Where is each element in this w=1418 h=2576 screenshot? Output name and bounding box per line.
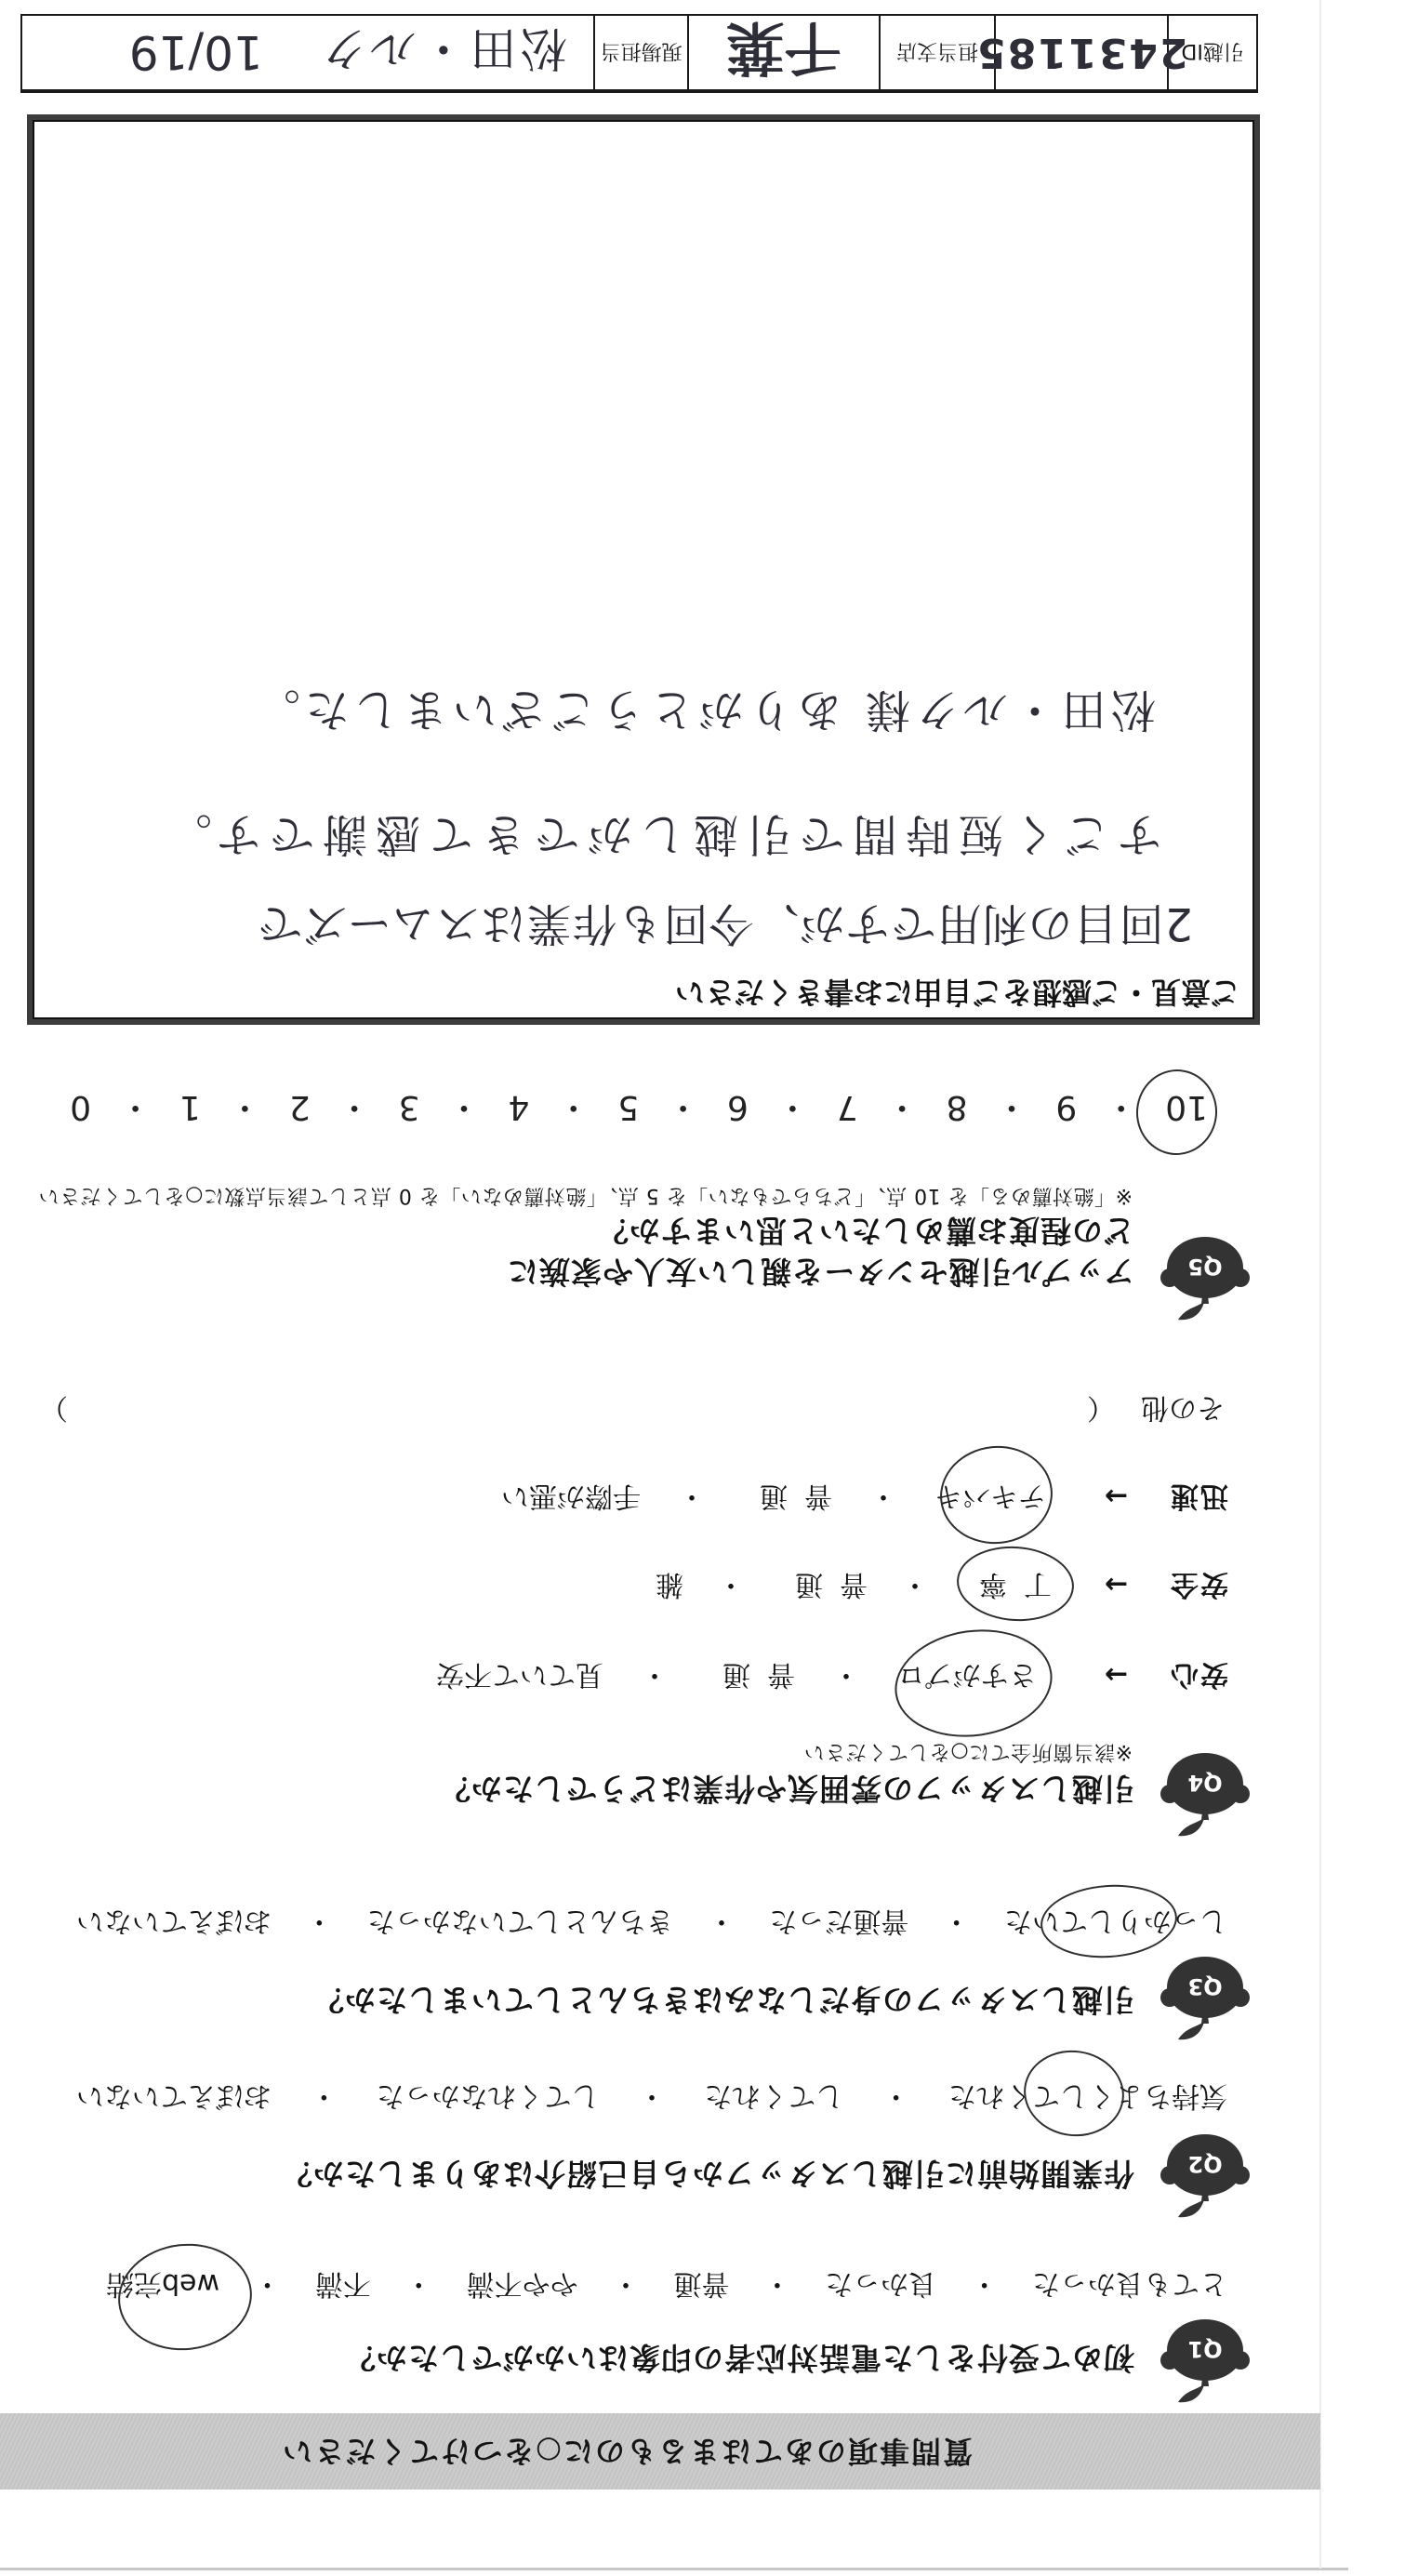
q4-other-field: その他 （ ） [1141, 1390, 1225, 1424]
scan-edge-line [0, 2568, 1348, 2570]
q3-option: 普通だった [769, 1904, 908, 1937]
score-option: 3 [399, 1086, 420, 1127]
separator: ・ [832, 1657, 860, 1691]
separator: ・ [667, 1086, 700, 1127]
q5-answer-circle [1133, 1066, 1221, 1158]
move-id-cell: 2431185 [994, 16, 1167, 89]
q1-option: 良かった [825, 2266, 936, 2300]
separator: ・ [228, 1086, 261, 1127]
separator: ・ [612, 2266, 640, 2300]
q4-option: 普通 [778, 1567, 868, 1600]
separator: ・ [310, 2078, 338, 2112]
q5-question-line-2: どの程度お薦めしたいと思いますか？ [597, 1212, 1134, 1249]
handwritten-comment-line: 松田・ルク様 ありがとうございました。 [251, 682, 1156, 737]
separator: ・ [943, 1904, 971, 1937]
separator: ・ [869, 1479, 897, 1512]
apple-badge-icon: Q3 [1159, 1956, 1252, 2044]
arrow-right-icon: → [1105, 1479, 1128, 1512]
instructions-banner: 質問事項のあてはまるものに○をつけてください [0, 2413, 1320, 2490]
q4-option: 普通 [743, 1479, 832, 1512]
apple-badge-icon: Q5 [1159, 1236, 1252, 1324]
score-option: 5 [617, 1086, 639, 1127]
info-table: 引越ID 2431185 担当支店 千葉 現場担当 松田・ルク 10/19 [20, 14, 1258, 93]
survey-form-page: 質問事項のあてはまるものに○をつけてください Q1 初めて受付をした電話対応者の… [0, 0, 1418, 2576]
q4-question: 引越しスタッフの雰囲気や作業はどうでしたか？ [439, 1770, 1134, 1807]
score-option: 0 [70, 1086, 91, 1127]
q1-option: 普通 [673, 2266, 729, 2300]
separator: ・ [305, 1904, 333, 1937]
score-option: 9 [1055, 1086, 1077, 1127]
q2-option: おぼえていない [76, 2078, 272, 2112]
q3-option: きちんとしていなかった [367, 1904, 674, 1937]
comments-box: ご意見・ご感想をご自由にお書きください 2回目の利用ですが、今回も作業はスムーズ… [27, 114, 1260, 1025]
score-option: 7 [837, 1086, 858, 1127]
separator: ・ [885, 1086, 919, 1127]
separator: ・ [971, 2266, 999, 2300]
q4-answer-circle [888, 1620, 1059, 1747]
separator: ・ [995, 1086, 1028, 1127]
scan-edge-line [1319, 0, 1321, 2569]
arrow-right-icon: → [1105, 1657, 1128, 1691]
score-option: 4 [508, 1086, 529, 1127]
q2-answer-circle [1018, 2044, 1130, 2143]
banner-text: 質問事項のあてはまるものに○をつけてください [281, 2413, 973, 2490]
q1-option: とても良かった [1032, 2266, 1227, 2300]
q5-note: ※「絶対薦める」を 10 点、「どちらでもない」を 5 点、「絶対薦めない」を … [38, 1183, 1133, 1207]
move-id-value: 2431185 [975, 29, 1187, 76]
q2-badge-icon: Q2 [1159, 2133, 1252, 2222]
q4-option: 手際が悪い [501, 1479, 641, 1512]
separator: ・ [638, 2078, 666, 2112]
comments-heading: ご意見・ご感想をご自由にお書きください [675, 975, 1240, 1010]
q2-option: してくれた [704, 2078, 843, 2112]
q2-option: してくれなかった [377, 2078, 600, 2112]
separator: ・ [882, 2078, 910, 2112]
open-paren: （ [1087, 1390, 1115, 1424]
score-option: 6 [727, 1086, 749, 1127]
handwritten-comment-line: すごく短時間で引越しができて感謝です。 [159, 806, 1162, 862]
q4-badge-icon: Q4 [1159, 1752, 1252, 1840]
q2-question: 作業開始前に引越しスタッフから自己紹介はありましたか？ [281, 2155, 1134, 2192]
separator: ・ [901, 1567, 929, 1600]
branch-label: 担当支店 [879, 16, 995, 89]
q4-note: ※該当箇所全てに○をしてください [803, 1739, 1133, 1763]
q1-answer-circle [113, 2237, 257, 2357]
q1-badge-icon: Q1 [1159, 2318, 1252, 2407]
apple-badge-icon: Q2 [1159, 2133, 1252, 2222]
q3-answer-circle [1038, 1880, 1179, 1962]
q4-option: 普通 [706, 1657, 795, 1691]
svg-text:Q5: Q5 [1187, 1254, 1222, 1280]
separator: ・ [763, 2266, 791, 2300]
branch-value: 千葉 [726, 11, 842, 94]
separator: ・ [708, 1904, 736, 1937]
q5-badge-icon: Q5 [1159, 1236, 1252, 1324]
site-staff-cell: 松田・ルク 10/19 [22, 16, 593, 89]
svg-text:Q1: Q1 [1187, 2336, 1222, 2362]
branch-cell: 千葉 [687, 16, 878, 89]
separator: ・ [678, 1479, 706, 1512]
svg-text:Q2: Q2 [1187, 2151, 1222, 2177]
q1-option: 不満 [315, 2266, 371, 2300]
site-staff-label: 現場担当 [593, 16, 688, 89]
q3-option: おぼえていない [76, 1904, 272, 1937]
q1-question: 初めて受付をした電話対応者の印象はいかがでしたか？ [344, 2339, 1134, 2376]
q1-options: とても良かった ・ 良かった ・ 普通 ・ やや不満 ・ 不満 ・ web完結 [106, 2266, 1227, 2300]
separator: ・ [775, 1086, 809, 1127]
site-staff-value: 松田・ルク [317, 20, 567, 86]
separator: ・ [338, 1086, 371, 1127]
separator: ・ [447, 1086, 481, 1127]
q3-badge-icon: Q3 [1159, 1956, 1252, 2044]
separator: ・ [717, 1567, 745, 1600]
separator: ・ [253, 2266, 281, 2300]
q3-question: 引越しスタッフの身だしなみはきちんとしていましたか？ [312, 1981, 1134, 2018]
score-option: 2 [289, 1086, 311, 1127]
q4-row-label: 安心 [1169, 1657, 1228, 1691]
q5-question-line-1: アップル引越センターを親しい友人や家族に [507, 1253, 1134, 1290]
q4-answer-circle [954, 1543, 1076, 1626]
date-value: 10/19 [129, 26, 263, 80]
score-option: 1 [179, 1086, 201, 1127]
separator: ・ [404, 2266, 432, 2300]
score-option: 8 [947, 1086, 968, 1127]
svg-text:Q4: Q4 [1187, 1770, 1222, 1796]
q1-option: やや不満 [467, 2266, 578, 2300]
separator: ・ [557, 1086, 590, 1127]
q5-score-scale: 10 ・ 9 ・ 8 ・ 7 ・ 6 ・ 5 ・ 4 ・ 3 ・ 2 ・ 1 ・… [70, 1086, 1208, 1127]
q4-answer-circle [935, 1441, 1057, 1549]
q4-row-label: 安全 [1169, 1567, 1228, 1600]
apple-badge-icon: Q1 [1159, 2318, 1252, 2407]
q4-option: 見ていて不安 [436, 1657, 603, 1691]
handwritten-comment-line: 2回目の利用ですが、今回も作業はスムーズで [257, 896, 1193, 951]
apple-badge-icon: Q4 [1159, 1752, 1252, 1840]
q4-other-label: その他 [1141, 1391, 1225, 1424]
q4-row-label: 迅速 [1169, 1479, 1228, 1512]
separator: ・ [641, 1657, 669, 1691]
separator: ・ [119, 1086, 152, 1127]
q4-option: 雑 [656, 1567, 683, 1600]
close-paren: ） [40, 1390, 68, 1424]
arrow-right-icon: → [1105, 1567, 1128, 1600]
separator: ・ [1105, 1086, 1138, 1127]
svg-text:Q3: Q3 [1187, 1973, 1222, 1999]
